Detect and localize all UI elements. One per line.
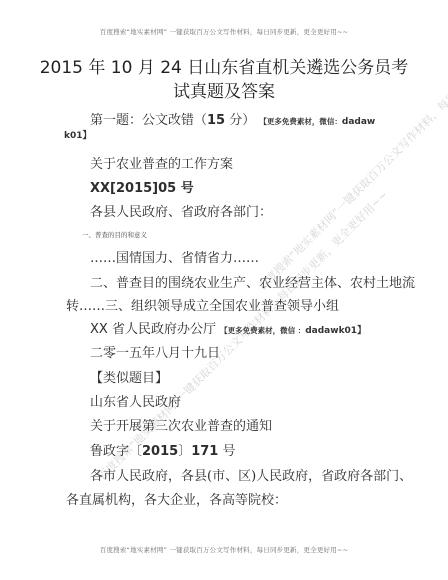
section-1-heading: 一、普查的目的和意义 xyxy=(82,230,147,239)
ellipsis-line: ……国情国力、省情省力…… xyxy=(90,247,259,266)
similar-heading: 【类似题目】 xyxy=(90,367,168,386)
page-header-banner: 百度搜索“地实素材网” 一键获取百万公文写作材料，每日同步更新，更全更好用~~ xyxy=(0,27,448,36)
document-title: 2015 年 10 月 24 日山东省直机关遴选公务员考 试真题及答案 xyxy=(0,56,448,104)
notice-number: 鲁政字〔2015〕171 号 xyxy=(90,440,236,459)
addressees-line-2: 各直属机构，各大企业，各高等院校： xyxy=(66,489,287,508)
addressees-line-1: 各市人民政府，各县(市、区)人民政府，省政府各部门、 xyxy=(90,465,412,484)
promo-wrap: k01】 xyxy=(64,128,92,141)
gov-name: 山东省人民政府 xyxy=(90,391,181,410)
page-footer-banner: 百度搜索“地实素材网” 一键获取百万公文写作材料，每日同步更新，更全更好用~~ xyxy=(0,545,448,554)
paragraph-2-line-2: 转……三、组织领导成立全国农业普查领导小组 xyxy=(66,295,339,314)
issuer-line: XX 省人民政府办公厅 【更多免费素材，微信 ：dadawk01】 xyxy=(90,318,366,337)
question-1-line: 第一题：公文改错（15 分） 【更多免费素材，微信：dadaw xyxy=(90,109,375,128)
date-line: 二零一五年八月十九日 xyxy=(90,342,220,361)
title-line-2: 试真题及答案 xyxy=(0,80,448,104)
paragraph-2-line-1: 二、普查目的围绕农业生产、农业经营主体、农村土地流 xyxy=(90,272,415,291)
doc-title: 关于农业普查的工作方案 xyxy=(90,153,233,172)
doc-number: XX[2015]05 号 xyxy=(90,177,194,196)
recipients: 各县人民政府、省政府各部门： xyxy=(90,201,272,220)
title-line-1: 2015 年 10 月 24 日山东省直机关遴选公务员考 xyxy=(0,56,448,80)
notice-title: 关于开展第三次农业普查的通知 xyxy=(90,415,272,434)
watermark-upper: 百度搜索“地实素材网”一键获取百万公文写作材料，每日同步更新，更全更好用~~ xyxy=(254,0,448,294)
